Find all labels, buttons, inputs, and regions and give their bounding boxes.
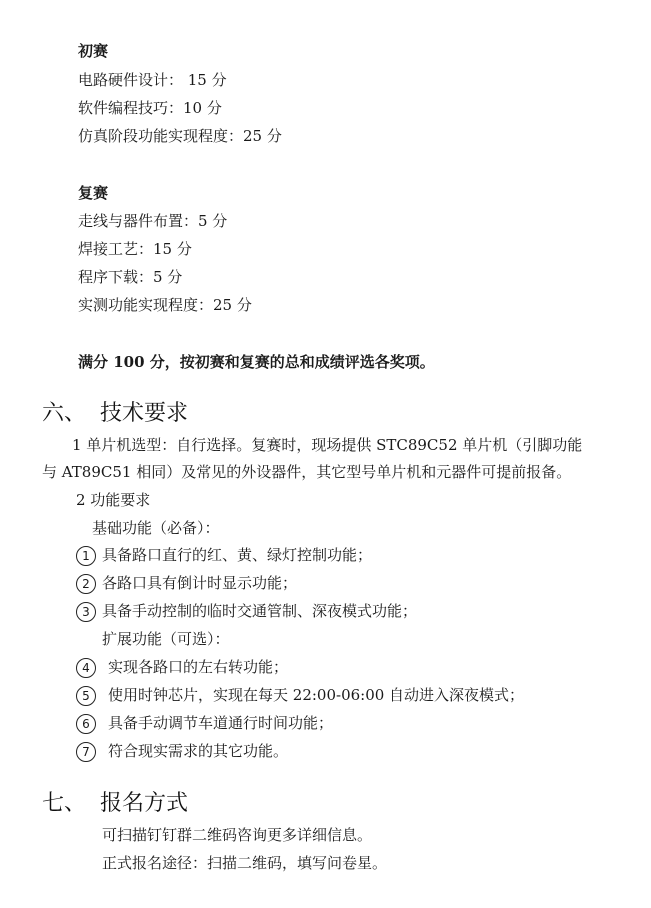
total-score-note: 满分 100 分，按初赛和复赛的总和成绩评选各奖项。 bbox=[78, 352, 435, 372]
extended-item: 6具备手动调节车道通行时间功能； bbox=[76, 713, 333, 734]
circled-number-icon: 5 bbox=[76, 686, 96, 706]
circled-number-icon: 2 bbox=[76, 574, 96, 594]
mcu-selection-line-1: 1 单片机选型：自行选择。复赛时，现场提供 STC89C52 单片机（引脚功能 bbox=[72, 435, 582, 455]
basic-item: 1具备路口直行的红、黄、绿灯控制功能； bbox=[76, 545, 372, 566]
mcu-selection-line-2: 与 AT89C51 相同）及常见的外设器件，其它型号单片机和元器件可提前报备。 bbox=[42, 462, 571, 482]
section-title: 报名方式 bbox=[100, 791, 188, 816]
extended-item: 4实现各路口的左右转功能； bbox=[76, 657, 288, 678]
final-title: 复赛 bbox=[78, 183, 108, 203]
extended-item: 7符合现实需求的其它功能。 bbox=[76, 741, 288, 762]
basic-item: 3具备手动控制的临时交通管制、深夜模式功能； bbox=[76, 601, 417, 622]
extended-functions-title: 扩展功能（可选）： bbox=[102, 629, 230, 649]
preliminary-title: 初赛 bbox=[78, 41, 108, 61]
preliminary-item: 电路硬件设计： 15 分 bbox=[78, 70, 227, 90]
section-title: 技术要求 bbox=[100, 401, 188, 426]
final-item: 走线与器件布置：5 分 bbox=[78, 211, 227, 231]
final-item: 焊接工艺：15 分 bbox=[78, 239, 192, 259]
registration-line: 可扫描钉钉群二维码咨询更多详细信息。 bbox=[102, 825, 372, 845]
basic-item: 2各路口具有倒计时显示功能； bbox=[76, 573, 297, 594]
final-item: 程序下载：5 分 bbox=[78, 267, 182, 287]
circled-number-icon: 1 bbox=[76, 546, 96, 566]
registration-line: 正式报名途径：扫描二维码，填写问卷星。 bbox=[102, 853, 387, 873]
basic-functions-title: 基础功能（必备）： bbox=[92, 518, 220, 538]
section-number: 七、 bbox=[42, 790, 100, 818]
preliminary-item: 仿真阶段功能实现程度：25 分 bbox=[78, 126, 282, 146]
section-7-heading: 七、报名方式 bbox=[42, 790, 188, 818]
circled-number-icon: 7 bbox=[76, 742, 96, 762]
section-6-heading: 六、技术要求 bbox=[42, 400, 188, 428]
section-number: 六、 bbox=[42, 400, 100, 428]
extended-item: 5使用时钟芯片，实现在每天 22:00-06:00 自动进入深夜模式； bbox=[76, 685, 524, 706]
circled-number-icon: 4 bbox=[76, 658, 96, 678]
circled-number-icon: 6 bbox=[76, 714, 96, 734]
function-requirements-title: 2 功能要求 bbox=[76, 490, 150, 510]
circled-number-icon: 3 bbox=[76, 602, 96, 622]
preliminary-item: 软件编程技巧：10 分 bbox=[78, 98, 222, 118]
final-item: 实测功能实现程度：25 分 bbox=[78, 295, 252, 315]
